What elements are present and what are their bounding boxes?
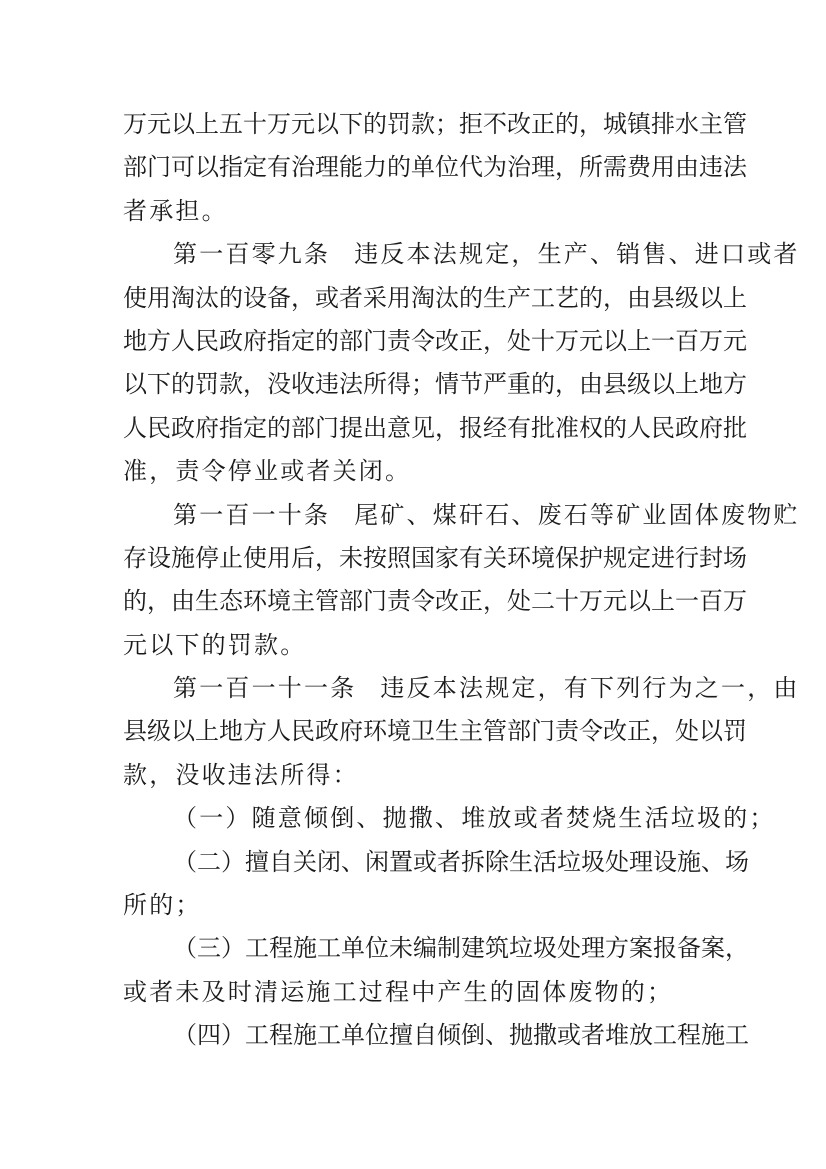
text-line: 款，没收违法所得：	[123, 754, 707, 797]
article-109: 第一百零九条违反本法规定，生产、销售、进口或者 使用淘汰的设备，或者采用淘汰的生…	[123, 233, 707, 493]
text-line: （二）擅自关闭、闲置或者拆除生活垃圾处理设施、场	[123, 841, 707, 884]
article-text: 违反本法规定，有下列行为之一，由	[380, 674, 799, 702]
paragraph-continuation: 万元以上五十万元以下的罚款；拒不改正的，城镇排水主管 部门可以指定有治理能力的单…	[123, 103, 707, 233]
text-line: 人民政府指定的部门提出意见，报经有批准权的人民政府批	[123, 407, 707, 450]
article-number: 第一百一十条	[173, 501, 330, 529]
text-line: （三）工程施工单位未编制建筑垃圾处理方案报备案，	[123, 927, 707, 970]
list-item-4: （四）工程施工单位擅自倾倒、抛撒或者堆放工程施工	[123, 1014, 707, 1057]
text-line: 的，由生态环境主管部门责令改正，处二十万元以上一百万	[123, 580, 707, 623]
text-line: 以下的罚款，没收违法所得；情节严重的，由县级以上地方	[123, 363, 707, 406]
article-first-line: 第一百一十条尾矿、煤矸石、废石等矿业固体废物贮	[123, 494, 707, 537]
text-line: （一）随意倾倒、抛撒、堆放或者焚烧生活垃圾的；	[123, 797, 707, 840]
article-111: 第一百一十一条违反本法规定，有下列行为之一，由 县级以上地方人民政府环境卫生主管…	[123, 667, 707, 797]
text-line: 使用淘汰的设备，或者采用淘汰的生产工艺的，由县级以上	[123, 277, 707, 320]
article-text: 尾矿、煤矸石、废石等矿业固体废物贮	[354, 501, 799, 529]
article-110: 第一百一十条尾矿、煤矸石、废石等矿业固体废物贮 存设施停止使用后，未按照国家有关…	[123, 494, 707, 668]
list-item-3: （三）工程施工单位未编制建筑垃圾处理方案报备案， 或者未及时清运施工过程中产生的…	[123, 927, 707, 1014]
text-line: 元以下的罚款。	[123, 624, 707, 667]
text-line: 县级以上地方人民政府环境卫生主管部门责令改正，处以罚	[123, 710, 707, 753]
list-item-2: （二）擅自关闭、闲置或者拆除生活垃圾处理设施、场 所的；	[123, 841, 707, 928]
text-line: 部门可以指定有治理能力的单位代为治理，所需费用由违法	[123, 146, 707, 189]
text-line: 准，责令停业或者关闭。	[123, 450, 707, 493]
article-first-line: 第一百一十一条违反本法规定，有下列行为之一，由	[123, 667, 707, 710]
article-number: 第一百零九条	[173, 240, 330, 268]
article-number: 第一百一十一条	[173, 674, 356, 702]
text-line: 万元以上五十万元以下的罚款；拒不改正的，城镇排水主管	[123, 103, 707, 146]
text-line: 者承担。	[123, 190, 707, 233]
article-first-line: 第一百零九条违反本法规定，生产、销售、进口或者	[123, 233, 707, 276]
list-item-1: （一）随意倾倒、抛撒、堆放或者焚烧生活垃圾的；	[123, 797, 707, 840]
text-line: 存设施停止使用后，未按照国家有关环境保护规定进行封场	[123, 537, 707, 580]
article-text: 违反本法规定，生产、销售、进口或者	[354, 240, 799, 268]
text-line: 所的；	[123, 884, 707, 927]
document-page: 万元以上五十万元以下的罚款；拒不改正的，城镇排水主管 部门可以指定有治理能力的单…	[123, 103, 707, 1058]
text-line: 地方人民政府指定的部门责令改正，处十万元以上一百万元	[123, 320, 707, 363]
text-line: （四）工程施工单位擅自倾倒、抛撒或者堆放工程施工	[123, 1014, 707, 1057]
text-line: 或者未及时清运施工过程中产生的固体废物的；	[123, 971, 707, 1014]
